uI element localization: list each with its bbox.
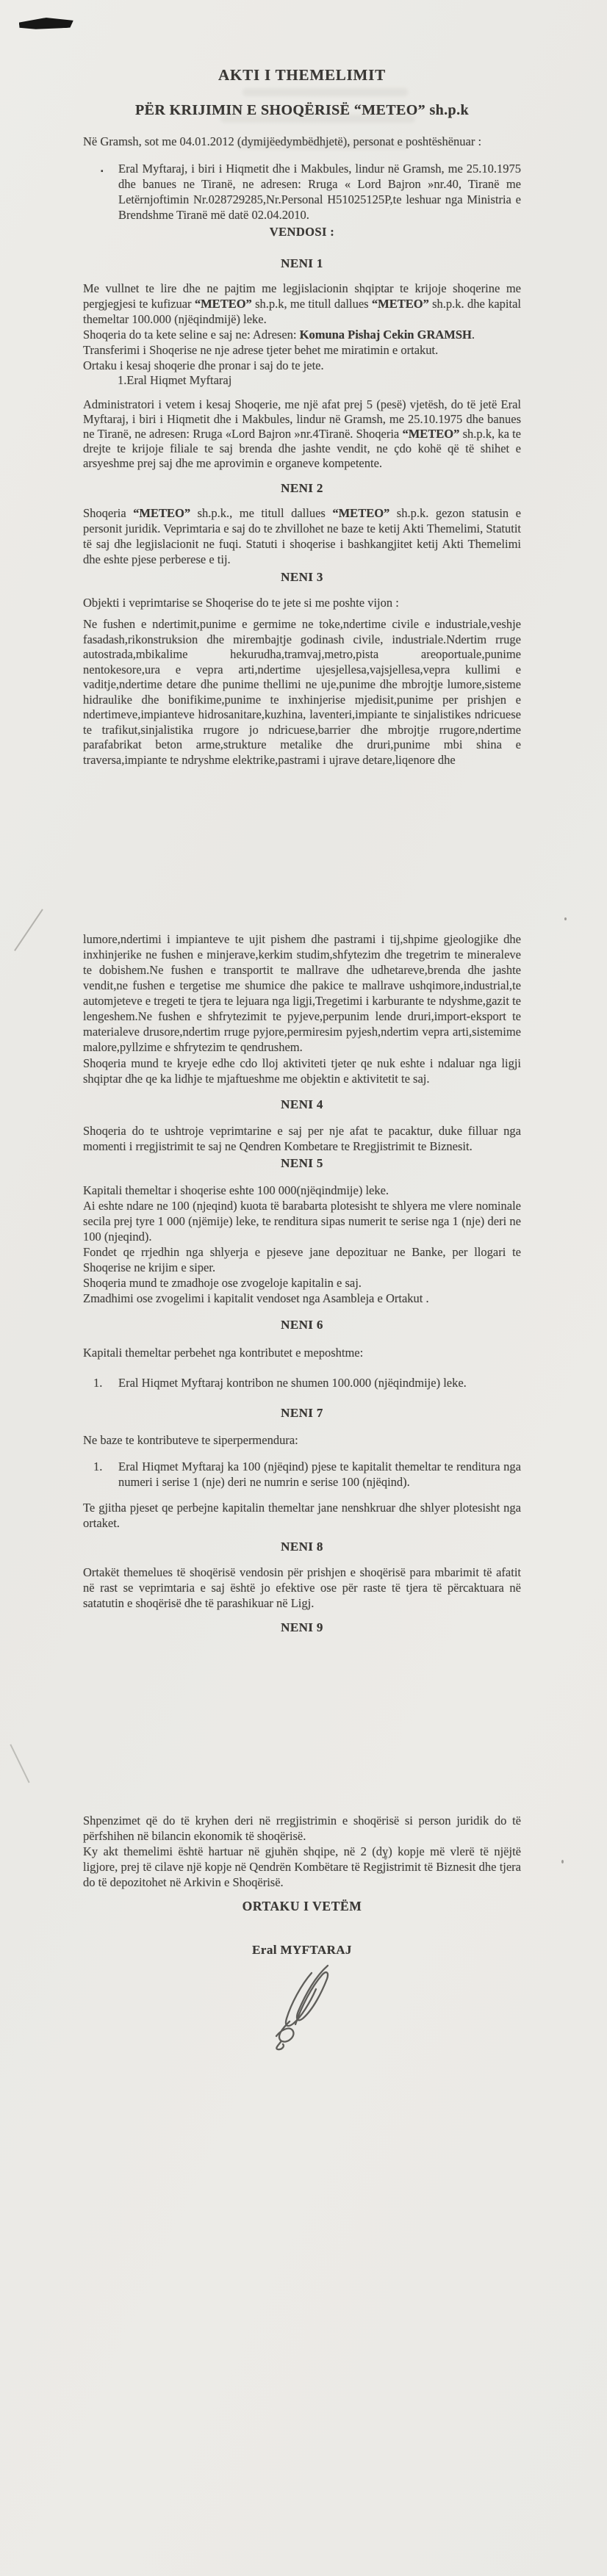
neni-5-heading: NENI 5 (83, 1156, 521, 1171)
company-name-bold: “METEO” (133, 506, 190, 520)
neni-7-heading: NENI 7 (83, 1406, 521, 1421)
list-item-number: 1. (93, 1459, 102, 1474)
neni-5-line-3: Fondet qe rrjedhin nga shlyerja e pjesev… (83, 1244, 521, 1275)
neni-1-heading: NENI 1 (83, 256, 521, 271)
seat-run: Shoqeria do ta kete seline e saj ne: Adr… (83, 328, 300, 342)
seat-address-bold: Komuna Pishaj Cekin GRAMSH (300, 328, 472, 342)
neni-4-paragraph: Shoqeria do te ushtroje veprimtarine e s… (83, 1123, 521, 1154)
seat-run: . (472, 328, 475, 342)
signature-name: Eral MYFTARAJ (83, 1943, 521, 1958)
neni-6-list-item: 1.Eral Hiqmet Myftaraj kontribon ne shum… (83, 1375, 521, 1390)
neni-3-paragraph-1: Ne fushen e ndertimit,punime e germime n… (83, 617, 521, 768)
scan-artifact-ink-blot (19, 15, 74, 31)
company-name-bold: “METEO” (402, 427, 459, 441)
scan-artifact-speck (564, 917, 567, 920)
document-subtitle: PËR KRIJIMIN E SHOQËRISË “METEO” sh.p.k (83, 102, 521, 119)
neni-7-lead: Ne baze te kontributeve te siperpermendu… (83, 1432, 521, 1448)
neni-9-heading: NENI 9 (83, 1620, 521, 1635)
company-name-bold: “METEO” (195, 297, 252, 311)
neni-5-line-1: Kapitali themeltar i shoqerise eshte 100… (83, 1183, 521, 1198)
list-item-number: 1. (93, 1375, 102, 1390)
closing-paragraph-2: Ky akt themelimi është hartuar në gjuhën… (83, 1844, 521, 1890)
list-item-text: Eral Hiqmet Myftaraj kontribon ne shumen… (118, 1376, 467, 1390)
seat-line: Shoqeria do ta kete seline e saj ne: Adr… (83, 327, 521, 342)
neni1-run: sh.p.k, me titull dallues (252, 297, 372, 311)
neni-6-heading: NENI 6 (83, 1318, 521, 1332)
neni-2-heading: NENI 2 (83, 481, 521, 496)
bullet-square-icon: ▪ (101, 164, 104, 179)
neni-3-lead: Objekti i veprimtarise se Shoqerise do t… (83, 595, 521, 610)
document-title: AKTI I THEMELIMIT (83, 66, 521, 84)
neni-7-list-item: 1.Eral Hiqmet Myftaraj ka 100 (njëqind) … (83, 1459, 521, 1490)
founder-bullet-item: ▪Eral Myftaraj, i biri i Hiqmetit dhe i … (83, 161, 521, 223)
neni2-run: Shoqeria (83, 506, 133, 520)
closing-paragraph-1: Shpenzimet që do të kryhen deri në rregj… (83, 1813, 521, 1844)
neni-2-paragraph: Shoqeria “METEO” sh.p.k., me titull dall… (83, 505, 521, 567)
neni-8-heading: NENI 8 (83, 1540, 521, 1554)
neni-3-heading: NENI 3 (83, 570, 521, 585)
scan-artifact-speck (561, 1860, 564, 1864)
scanned-document: AKTI I THEMELIMIT PËR KRIJIMIN E SHOQËRI… (0, 0, 607, 2576)
transfer-line: Transferimi i Shoqerise ne nje adrese tj… (83, 342, 521, 358)
neni2-run: sh.p.k., me titull dallues (190, 506, 332, 520)
company-name-bold: “METEO” (372, 297, 429, 311)
neni-7-paragraph-2: Te gjitha pjeset qe perbejne kapitalin t… (83, 1500, 521, 1531)
administrator-paragraph: Administratori i vetem i kesaj Shoqerie,… (83, 397, 521, 471)
owner-line: Ortaku i kesaj shoqerie dhe pronar i saj… (83, 358, 521, 373)
neni-5-line-5: Zmadhimi ose zvogelimi i kapitalit vendo… (83, 1291, 521, 1306)
vendosi-heading: VENDOSI : (83, 225, 521, 239)
neni-5-line-2: Ai eshte ndare ne 100 (njeqind) kuota të… (83, 1198, 521, 1244)
neni-6-lead: Kapitali themeltar perbehet nga kontribu… (83, 1345, 521, 1360)
owner-name-line: 1.Eral Hiqmet Myftaraj (118, 372, 412, 388)
neni-3-paragraph-2: lumore,ndertimi i impianteve te ujit pis… (83, 931, 521, 1055)
signature-mark (265, 1960, 349, 2052)
neni-5-line-4: Shoqeria mund te zmadhoje ose zvogeloje … (83, 1275, 521, 1291)
founder-text: Eral Myftaraj, i biri i Hiqmetit dhe i M… (118, 162, 521, 222)
signature-role-heading: ORTAKU I VETËM (83, 1899, 521, 1914)
list-item-text: Eral Hiqmet Myftaraj ka 100 (njëqind) pj… (118, 1460, 521, 1489)
scan-artifact-scratch (10, 1745, 29, 1783)
scan-artifact-scratch (14, 909, 43, 950)
neni-3-paragraph-3: Shoqeria mund te kryeje edhe cdo lloj ak… (83, 1056, 521, 1086)
intro-line: Në Gramsh, sot me 04.01.2012 (dymijëedym… (83, 134, 521, 149)
neni-1-paragraph: Me vullnet te lire dhe ne pajtim me legj… (83, 281, 521, 327)
neni-8-paragraph: Ortakët themelues të shoqërisë vendosin … (83, 1565, 521, 1611)
company-name-bold: “METEO” (332, 506, 389, 520)
neni-4-heading: NENI 4 (83, 1097, 521, 1112)
scan-artifact-bleedthrough (243, 88, 408, 96)
